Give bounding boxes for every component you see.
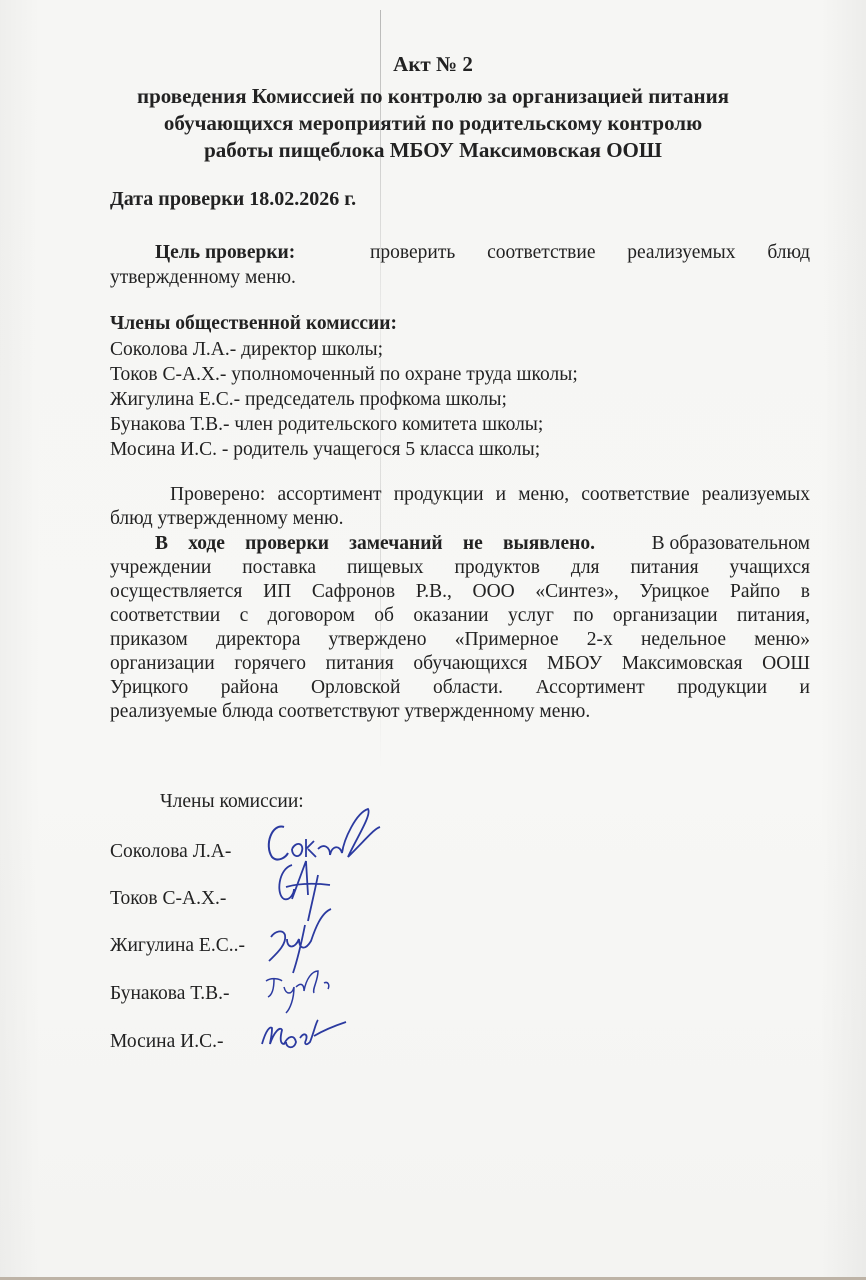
findings-lead: В ходе проверки замечаний не выявлено. bbox=[155, 533, 595, 555]
goal-text-cont: утвержденному меню. bbox=[110, 267, 296, 289]
findings-line: учреждении поставка пищевых продуктов дл… bbox=[110, 557, 810, 579]
commission-member: Мосина И.С. - родитель учащегося 5 класс… bbox=[110, 439, 540, 461]
act-subtitle-line-2: обучающихся мероприятий по родительскому… bbox=[0, 111, 866, 136]
findings-first-line: В ходе проверки замечаний не выявлено. В… bbox=[155, 533, 810, 555]
findings-lead-rest: В образовательном bbox=[652, 533, 810, 555]
act-subtitle-line-3: работы пищеблока МБОУ Максимовская ООШ bbox=[0, 138, 866, 163]
signature-handwritten bbox=[260, 1010, 350, 1065]
commission-member: Соколова Л.А.- директор школы; bbox=[110, 339, 383, 361]
signature-name: Соколова Л.А- bbox=[110, 841, 231, 863]
inspection-date: Дата проверки 18.02.2026 г. bbox=[110, 188, 356, 211]
commission-member: Токов С-А.Х.- уполномоченный по охране т… bbox=[110, 364, 578, 386]
findings-line: организации горячего питания обучающихся… bbox=[110, 653, 810, 675]
signature-name: Мосина И.С.- bbox=[110, 1031, 223, 1053]
act-title: Акт № 2 bbox=[0, 52, 866, 77]
goal-text: проверить соответствие реализуемых блюд bbox=[370, 242, 810, 264]
goal-line: Цель проверки: проверить соответствие ре… bbox=[155, 242, 810, 264]
goal-label: Цель проверки: bbox=[155, 242, 295, 264]
findings-last-line: реализуемые блюда соответствуют утвержде… bbox=[110, 701, 590, 723]
signature-name: Токов С-А.Х.- bbox=[110, 888, 226, 910]
act-subtitle-line-1: проведения Комиссией по контролю за орга… bbox=[0, 84, 866, 109]
signature-name: Жигулина Е.С..- bbox=[110, 935, 245, 957]
checked-text: Проверено: ассортимент продукции и меню,… bbox=[170, 484, 810, 506]
checked-text-cont: блюд утвержденному меню. bbox=[110, 508, 343, 530]
commission-member: Бунакова Т.В.- член родительского комите… bbox=[110, 414, 543, 436]
findings-line: соответствии с договором об оказании усл… bbox=[110, 605, 810, 627]
signature-name: Бунакова Т.В.- bbox=[110, 983, 229, 1005]
commission-heading: Члены общественной комиссии: bbox=[110, 313, 397, 335]
findings-line: приказом директора утверждено «Примерное… bbox=[110, 629, 810, 651]
commission-member: Жигулина Е.С.- председатель профкома шко… bbox=[110, 389, 507, 411]
findings-line: Урицкого района Орловской области. Ассор… bbox=[110, 677, 810, 699]
findings-line: осуществляется ИП Сафронов Р.В., ООО «Си… bbox=[110, 581, 810, 603]
